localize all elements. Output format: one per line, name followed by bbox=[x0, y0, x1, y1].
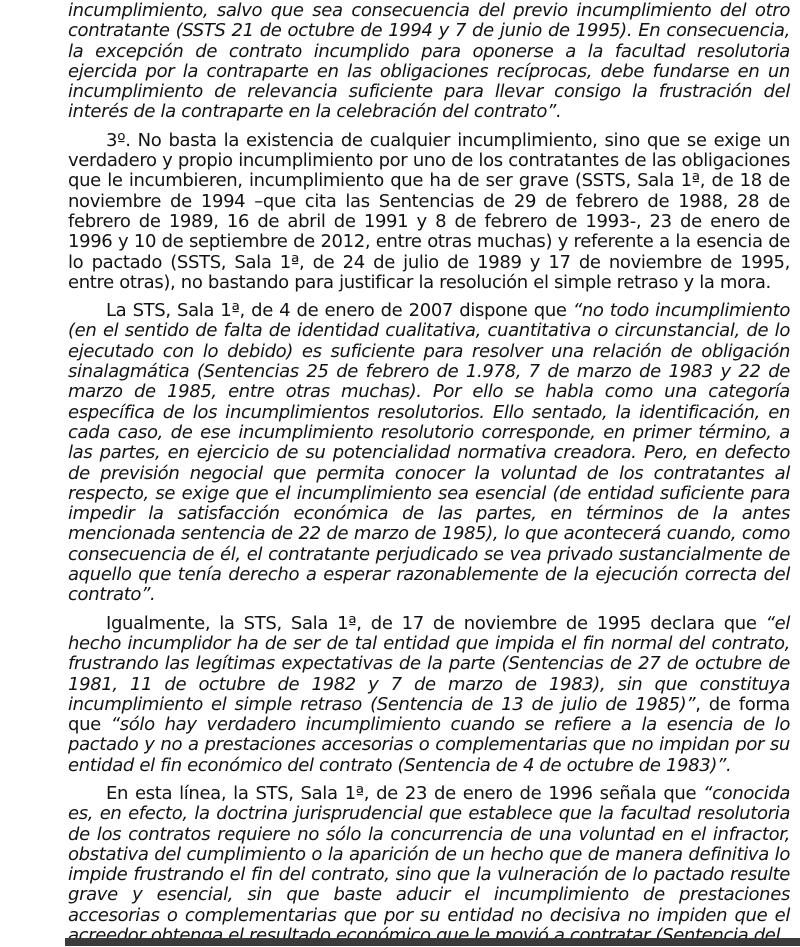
quoted-text-run: incumplimiento, salvo que sea consecuenc… bbox=[68, 0, 790, 122]
quoted-text-run: “sólo hay verdadero incumplimiento cuand… bbox=[68, 714, 790, 776]
text-run: En esta línea, la STS, Sala 1ª, de 23 de… bbox=[106, 783, 703, 804]
page-break-bar bbox=[65, 938, 800, 946]
paragraph: En esta línea, la STS, Sala 1ª, de 23 de… bbox=[68, 784, 790, 946]
text-run: Igualmente, la STS, Sala 1ª, de 17 de no… bbox=[106, 613, 766, 634]
paragraph: La STS, Sala 1ª, de 4 de enero de 2007 d… bbox=[68, 301, 790, 605]
paragraph: 3º. No basta la existencia de cualquier … bbox=[68, 131, 790, 293]
quoted-text-run: “conocida es, en efecto, la doctrina jur… bbox=[68, 783, 790, 946]
text-run: La STS, Sala 1ª, de 4 de enero de 2007 d… bbox=[106, 300, 573, 321]
document-body: incumplimiento, salvo que sea consecuenc… bbox=[68, 1, 790, 946]
quoted-text-run: “no todo incumplimiento (en el sentido d… bbox=[68, 300, 790, 605]
text-run: 3º. No basta la existencia de cualquier … bbox=[68, 130, 790, 293]
paragraph: Igualmente, la STS, Sala 1ª, de 17 de no… bbox=[68, 614, 790, 776]
paragraph: incumplimiento, salvo que sea consecuenc… bbox=[68, 1, 790, 123]
document-page: incumplimiento, salvo que sea consecuenc… bbox=[0, 0, 800, 947]
